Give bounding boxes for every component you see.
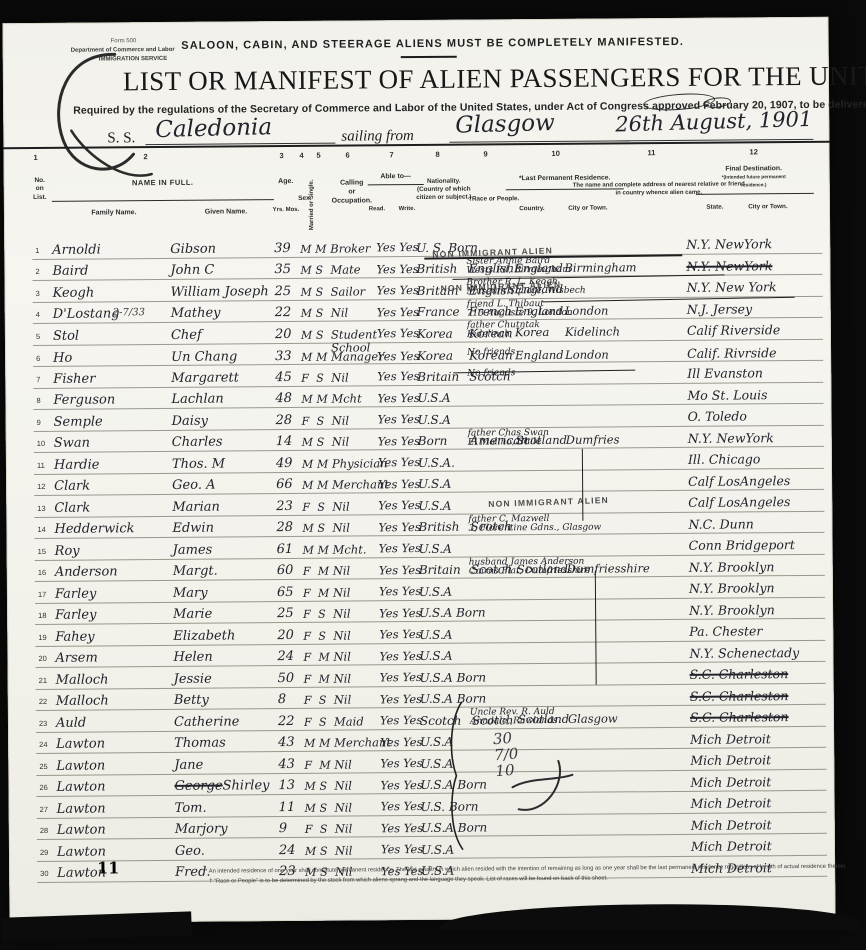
cell-given-name: Thomas bbox=[174, 734, 278, 752]
col-number-11: 11 bbox=[647, 148, 655, 157]
cell-race bbox=[472, 704, 518, 706]
cell-race bbox=[471, 554, 517, 556]
given-name-text: Geo. A bbox=[172, 478, 215, 493]
given-name-text: Un Chang bbox=[171, 349, 237, 365]
col-number-6: 6 bbox=[345, 151, 349, 160]
cell-nearest-relative bbox=[470, 695, 690, 697]
cell-family-name: Arnoldi bbox=[52, 242, 170, 258]
cell-read-write: Yes Yes bbox=[379, 651, 419, 665]
cell-family-name: Lawton bbox=[57, 801, 175, 817]
cell-given-name: Gibson bbox=[170, 240, 274, 258]
cell-married-single: M bbox=[319, 673, 334, 686]
port-name: Glasgow bbox=[455, 112, 555, 138]
footnote-race: † “Race or People” is to be determined b… bbox=[209, 875, 608, 888]
cell-married-single: M bbox=[317, 458, 332, 471]
cell-age: 9 bbox=[279, 822, 305, 837]
cell-final-destination: N.C. Dunn bbox=[688, 517, 824, 533]
header-name-in-full: NAME IN FULL. bbox=[52, 177, 274, 188]
cell-given-name: Helen bbox=[173, 648, 277, 666]
cell-final-destination: Calf LosAngeles bbox=[688, 474, 824, 490]
cell-city bbox=[568, 746, 620, 748]
cell-calling: Nil bbox=[334, 674, 380, 686]
cell-nearest-relative bbox=[469, 630, 689, 632]
cell-family-name: Clark bbox=[54, 500, 172, 516]
cell-family-name: Malloch bbox=[56, 694, 174, 710]
cell-calling: Nil bbox=[333, 610, 379, 622]
cell-nationality: U.S.A Born bbox=[420, 671, 472, 685]
cell-country bbox=[515, 403, 565, 405]
cell-nearest-relative bbox=[471, 845, 691, 847]
cell-line-number: 28 bbox=[37, 826, 57, 839]
cell-family-name: Lawton bbox=[56, 758, 174, 774]
cell-line-number: 23 bbox=[36, 718, 56, 731]
cell-given-name: Marian bbox=[172, 498, 276, 516]
cell-sex: M bbox=[304, 781, 319, 794]
cell-married-single: S bbox=[319, 695, 334, 708]
cell-given-name: Margarett bbox=[171, 369, 275, 387]
cell-sex: M bbox=[303, 544, 318, 557]
cell-sex: F bbox=[303, 630, 318, 643]
cell-married-single: M bbox=[318, 652, 333, 665]
cell-final-destination: Calif Riverside bbox=[687, 324, 823, 340]
cell-calling: Merchant bbox=[332, 481, 378, 493]
cell-given-name: Geo. A bbox=[172, 476, 276, 494]
cell-city bbox=[567, 553, 619, 555]
cell-country bbox=[519, 854, 569, 856]
cell-read-write: Yes Yes bbox=[380, 715, 420, 729]
cell-married-single: S bbox=[320, 845, 335, 858]
given-name-text: Mary bbox=[173, 585, 208, 600]
cell-married-single: S bbox=[316, 286, 331, 299]
header-race: †Race or People. bbox=[456, 195, 532, 204]
given-name-text: Tom. bbox=[175, 800, 207, 815]
name-header-rule bbox=[52, 199, 274, 202]
cell-city bbox=[568, 703, 620, 705]
cell-calling: Mate bbox=[330, 266, 376, 278]
cell-nationality: U.S.A bbox=[419, 650, 471, 664]
given-name-text: Edwin bbox=[172, 521, 214, 536]
cell-married-single: M bbox=[316, 352, 331, 365]
cell-city bbox=[568, 682, 620, 684]
cell-family-name: Farley bbox=[55, 586, 173, 602]
cell-family-name: Semple bbox=[54, 414, 172, 430]
cell-line-number: 21 bbox=[36, 675, 56, 688]
col-number-8: 8 bbox=[435, 150, 439, 159]
cell-final-destination: S.C. Charleston bbox=[690, 711, 826, 727]
cell-family-name: Hardie bbox=[54, 457, 172, 473]
cell-final-destination: Mo St. Louis bbox=[687, 388, 823, 404]
cell-nationality: U.S.A bbox=[418, 413, 470, 427]
cell-city bbox=[566, 424, 618, 426]
cell-married-single: S bbox=[316, 372, 331, 385]
cell-calling: Broker bbox=[330, 244, 376, 256]
cell-married-single: M bbox=[318, 544, 333, 557]
cell-calling: Nil bbox=[334, 760, 380, 772]
cell-nationality: U.S.A. bbox=[418, 456, 470, 470]
cell-nearest-relative: No friends bbox=[467, 347, 687, 358]
cell-city bbox=[565, 381, 617, 383]
cell-family-name: Farley bbox=[55, 608, 173, 624]
cell-read-write: Yes Yes bbox=[381, 822, 421, 836]
cell-given-name: Charles bbox=[172, 433, 276, 451]
cell-married-single: M bbox=[317, 480, 332, 493]
cell-given-name: Edwin bbox=[172, 519, 276, 537]
cell-nearest-relative bbox=[469, 587, 689, 589]
cell-age: 60 bbox=[277, 564, 303, 579]
cell-calling: Nil bbox=[335, 803, 381, 815]
cell-country bbox=[517, 639, 567, 641]
cell-married-single: S bbox=[319, 781, 334, 794]
cell-read-write: Yes Yes bbox=[379, 565, 419, 579]
cell-final-destination: N.Y. NewYork bbox=[686, 259, 822, 275]
cell-age: 28 bbox=[276, 413, 302, 428]
cell-final-destination: N.Y. Brooklyn bbox=[689, 582, 825, 598]
cell-age: 23 bbox=[276, 499, 302, 514]
cell-married-single: S bbox=[318, 630, 333, 643]
scan-blotch-bottom-right bbox=[440, 904, 860, 930]
manifest-notice: SALOON, CABIN, AND STEERAGE ALIENS MUST … bbox=[153, 36, 713, 52]
cell-age: 20 bbox=[277, 628, 303, 643]
cell-line-number: 14 bbox=[34, 525, 54, 538]
cell-city bbox=[567, 639, 619, 641]
cell-country bbox=[516, 510, 566, 512]
cell-sex: M bbox=[302, 458, 317, 471]
cell-race bbox=[469, 403, 515, 405]
given-name-text: Helen bbox=[173, 650, 212, 665]
cell-race bbox=[471, 597, 517, 599]
cell-final-destination: N.Y. Brooklyn bbox=[689, 560, 825, 576]
cell-given-name: Marie bbox=[173, 605, 277, 623]
header-country: Country. bbox=[510, 205, 554, 214]
notice-underline bbox=[401, 56, 457, 58]
cell-city bbox=[569, 854, 621, 856]
cell-final-destination: Mich Detroit bbox=[690, 754, 826, 770]
header-city-or-town: City or Town. bbox=[560, 204, 616, 213]
cell-read-write: Yes Yes bbox=[380, 758, 420, 772]
cell-read-write: Yes Yes bbox=[381, 844, 421, 858]
cell-sex: F bbox=[303, 587, 318, 600]
cell-read-write: Yes Yes bbox=[379, 543, 419, 557]
cell-married-single: S bbox=[315, 265, 330, 278]
cell-country bbox=[518, 682, 568, 684]
cell-nearest-relative bbox=[470, 673, 690, 675]
manifest-rows: 1 Arnoldi Gibson 39 M M Broker Yes Yes U… bbox=[32, 232, 827, 883]
cell-age: 13 bbox=[278, 779, 304, 794]
cell-city bbox=[564, 252, 616, 254]
cell-sex: M bbox=[302, 437, 317, 450]
cell-family-name: Fahey bbox=[55, 629, 173, 645]
cell-country bbox=[515, 381, 565, 383]
cell-line-number: 5 bbox=[33, 331, 53, 344]
cell-given-name: Tom. bbox=[175, 799, 279, 817]
cell-sex: M bbox=[305, 845, 320, 858]
given-name-text: Charles bbox=[172, 435, 223, 450]
cell-read-write: Yes Yes bbox=[379, 586, 419, 600]
cell-nearest-relative: father Chutntak Kidelinch bbox=[467, 320, 687, 340]
cell-line-number: 12 bbox=[34, 482, 54, 495]
cell-race bbox=[470, 489, 516, 491]
cell-final-destination: Mich Detroit bbox=[691, 818, 827, 834]
cell-sex: M bbox=[300, 265, 315, 278]
cell-nationality: Korea bbox=[417, 327, 469, 341]
cell-line-number: 16 bbox=[35, 568, 55, 581]
cell-calling: School Manager bbox=[331, 343, 377, 365]
cell-given-name: William Joseph bbox=[171, 283, 275, 301]
cell-age: 8 bbox=[278, 693, 304, 708]
cell-line-number: 11 bbox=[34, 460, 54, 473]
cell-calling: Nil bbox=[332, 524, 378, 536]
cell-line-number: 20 bbox=[35, 654, 55, 667]
cell-nearest-relative bbox=[469, 609, 689, 611]
cell-married-single: M bbox=[319, 759, 334, 772]
cell-family-name: Keogh bbox=[53, 285, 171, 301]
cell-given-name: Elizabeth bbox=[173, 627, 277, 645]
cell-city bbox=[566, 467, 618, 469]
cell-sex: M bbox=[302, 480, 317, 493]
given-name-text: Marjory bbox=[175, 822, 228, 837]
given-name-text: Elizabeth bbox=[173, 628, 235, 643]
cell-line-number: 9 bbox=[34, 417, 54, 430]
col-number-4: 4 bbox=[299, 151, 303, 160]
ss-label: S. S. bbox=[107, 130, 135, 147]
header-state: State. bbox=[698, 204, 732, 212]
cell-age: 35 bbox=[274, 263, 300, 278]
given-name-text: William Joseph bbox=[171, 284, 269, 300]
cell-given-name: Mathey bbox=[171, 304, 275, 322]
cell-calling: Physician bbox=[332, 459, 378, 471]
cell-age: 39 bbox=[274, 241, 300, 256]
cell-sex: F bbox=[303, 609, 318, 622]
cell-race bbox=[473, 855, 519, 857]
cell-calling: Nil bbox=[334, 696, 380, 708]
cell-country bbox=[518, 704, 568, 706]
cell-calling: Nil bbox=[333, 588, 379, 600]
cell-family-name: Anderson bbox=[55, 565, 173, 581]
cell-final-destination: Mich Detroit bbox=[691, 840, 827, 856]
cell-age: 25 bbox=[275, 284, 301, 299]
header-family-name: Family Name. bbox=[74, 208, 154, 218]
cell-nationality: Britain bbox=[419, 564, 471, 578]
cell-line-number: 29 bbox=[37, 847, 57, 860]
cell-race bbox=[470, 468, 516, 470]
cell-age: 43 bbox=[278, 736, 304, 751]
col-number-2: 2 bbox=[143, 152, 147, 161]
cell-family-name: Hedderwick bbox=[54, 522, 172, 538]
cell-sex: F bbox=[304, 695, 319, 708]
cell-read-write: Yes Yes bbox=[377, 371, 417, 385]
cell-given-name: John C bbox=[170, 261, 274, 279]
cell-line-number: 24 bbox=[36, 740, 56, 753]
cell-country bbox=[516, 489, 566, 491]
sailing-from-label: sailing from bbox=[341, 128, 414, 146]
cell-nationality: U.S.A Born bbox=[419, 607, 471, 621]
cell-read-write: Yes Yes bbox=[378, 479, 418, 493]
cell-family-name: Arsem bbox=[55, 651, 173, 667]
cell-final-destination: N.Y. NewYork bbox=[686, 238, 822, 254]
cell-nearest-relative bbox=[469, 544, 689, 546]
cell-married-single: S bbox=[317, 501, 332, 514]
cell-final-destination: N.Y. Schenectady bbox=[689, 646, 825, 662]
cell-line-number: 1 bbox=[32, 245, 52, 258]
page-title: LIST OR MANIFEST OF ALIEN PASSENGERS FOR… bbox=[123, 61, 823, 97]
cell-sex: F bbox=[304, 759, 319, 772]
final-destination-subtext: *(Intended future permanent residence.) bbox=[722, 175, 786, 189]
scanned-manifest-page: { "header": { "form_line1": "Form 500", … bbox=[0, 0, 866, 950]
cell-final-destination: Mich Detroit bbox=[691, 797, 827, 813]
cell-line-number: 4 bbox=[33, 310, 53, 323]
cell-given-name: James bbox=[173, 541, 277, 559]
cell-race bbox=[471, 618, 517, 620]
cell-line-number: 17 bbox=[35, 589, 55, 602]
cell-sex: F bbox=[302, 415, 317, 428]
cell-city bbox=[567, 596, 619, 598]
destination-header-rule bbox=[696, 193, 814, 195]
cell-age: 11 bbox=[279, 800, 305, 815]
given-name-text: Jane bbox=[174, 757, 203, 772]
cell-read-write: Yes Yes bbox=[378, 436, 418, 450]
cell-sex: M bbox=[301, 286, 316, 299]
col-number-7: 7 bbox=[389, 150, 393, 159]
cell-nearest-relative bbox=[471, 824, 691, 826]
cell-sex: M bbox=[305, 802, 320, 815]
cell-married-single: S bbox=[317, 523, 332, 536]
header-dest-city: City or Town. bbox=[738, 203, 798, 212]
cell-age: 14 bbox=[276, 435, 302, 450]
cell-family-name: Ferguson bbox=[53, 393, 171, 409]
col-number-3: 3 bbox=[279, 151, 283, 160]
cell-read-write: Yes Yes bbox=[378, 522, 418, 536]
cell-married-single: M bbox=[319, 738, 334, 751]
cell-married-single: S bbox=[320, 802, 335, 815]
cell-married-single: S bbox=[319, 716, 334, 729]
cell-nationality: U.S.A bbox=[417, 392, 469, 406]
cell-line-number: 22 bbox=[36, 697, 56, 710]
cell-read-write: Yes Yes bbox=[380, 694, 420, 708]
table-header: 1 2 3 4 5 6 7 8 9 10 11 12 No. on List. … bbox=[3, 141, 830, 240]
cell-age: 25 bbox=[277, 607, 303, 622]
cell-nationality: U.S.A bbox=[419, 585, 471, 599]
cell-calling: Mcht. bbox=[333, 545, 379, 557]
cell-married-single: S bbox=[318, 609, 333, 622]
given-name-text: Chef bbox=[171, 327, 202, 342]
cell-sex: F bbox=[304, 673, 319, 686]
cell-country bbox=[516, 424, 566, 426]
cell-calling: Nil bbox=[332, 416, 378, 428]
cell-sex: F bbox=[305, 824, 320, 837]
col-number-5: 5 bbox=[316, 151, 320, 160]
cell-family-name: Stol bbox=[53, 328, 171, 344]
cell-final-destination: S.C. Charleston bbox=[690, 668, 826, 684]
cell-sex: M bbox=[302, 523, 317, 536]
cell-country bbox=[517, 596, 567, 598]
given-name-text: Margt. bbox=[173, 564, 218, 579]
cell-line-number: 8 bbox=[33, 396, 53, 409]
cell-calling: Nil bbox=[331, 373, 377, 385]
cell-family-name: Lawton bbox=[56, 737, 174, 753]
cell-nationality: U.S.A bbox=[418, 478, 470, 492]
header-married-single: Married or Single. bbox=[309, 175, 317, 235]
manifest-sheet: Form 500 Department of Commerce and Labo… bbox=[2, 17, 835, 923]
cell-given-name: Marjory bbox=[175, 820, 279, 838]
cell-married-single: S bbox=[317, 437, 332, 450]
cell-line-number: 7 bbox=[33, 374, 53, 387]
cell-age: 43 bbox=[278, 757, 304, 772]
cell-race bbox=[470, 425, 516, 427]
cell-nearest-relative: Uncle Rev. R. Auld Anndale, Rawlands bbox=[470, 707, 690, 727]
cell-read-write: Yes Yes bbox=[378, 457, 418, 471]
cell-read-write: Yes Yes bbox=[377, 328, 417, 342]
cell-family-name: Baird bbox=[52, 264, 170, 280]
cell-sex: F bbox=[302, 501, 317, 514]
col-number-9: 9 bbox=[483, 149, 487, 158]
cell-married-single: M bbox=[318, 587, 333, 600]
cell-read-write: Yes Yes bbox=[377, 285, 417, 299]
cell-calling: Sailor bbox=[331, 287, 377, 299]
cell-age: 24 bbox=[279, 843, 305, 858]
cell-final-destination: N.Y. New York bbox=[687, 281, 823, 297]
cell-line-number: 6 bbox=[33, 354, 53, 367]
cell-married-single: M bbox=[318, 566, 333, 579]
ship-name: Caledonia bbox=[155, 116, 272, 142]
cell-final-destination: Pa. Chester bbox=[689, 625, 825, 641]
cell-calling: Nil bbox=[335, 846, 381, 858]
cell-married-single: M bbox=[316, 394, 331, 407]
cell-nationality: France bbox=[417, 306, 469, 320]
cell-final-destination: Ill Evanston bbox=[687, 367, 823, 383]
cell-line-number: 15 bbox=[35, 546, 55, 559]
cell-sex: F bbox=[303, 652, 318, 665]
given-name-text: Betty bbox=[174, 693, 209, 708]
given-name-text: Gibson bbox=[170, 241, 216, 256]
given-name-text: Jessie bbox=[174, 671, 212, 686]
cell-line-number: 25 bbox=[36, 761, 56, 774]
header-write: Write. bbox=[392, 206, 422, 214]
header-yrs-mos: Yrs. Mos. bbox=[260, 207, 312, 215]
col-number-10: 10 bbox=[551, 149, 559, 158]
cell-line-number: 18 bbox=[35, 611, 55, 624]
cell-read-write: Yes Yes bbox=[377, 351, 417, 365]
cell-given-name: Betty bbox=[174, 691, 278, 709]
col-number-1: 1 bbox=[33, 153, 37, 162]
cell-final-destination: Conn Bridgeport bbox=[689, 539, 825, 555]
cell-read-write: Yes Yes bbox=[376, 264, 416, 278]
header-no-on-list: No. on List. bbox=[28, 177, 52, 203]
cell-city bbox=[566, 510, 618, 512]
cell-family-name: Auld bbox=[56, 715, 174, 731]
cell-calling: Merchant bbox=[334, 739, 380, 751]
cell-read-write: Yes Yes bbox=[376, 242, 416, 256]
cell-nearest-relative: No friends bbox=[467, 368, 687, 379]
cell-nearest-relative bbox=[467, 394, 687, 396]
cell-age: 49 bbox=[276, 456, 302, 471]
cell-race bbox=[471, 640, 517, 642]
given-name-text: Geo. bbox=[175, 843, 205, 858]
cell-nationality: British bbox=[418, 521, 470, 535]
cell-read-write: Yes Yes bbox=[380, 779, 420, 793]
cell-read-write: Yes Yes bbox=[381, 801, 421, 815]
given-name-text: Marian bbox=[172, 499, 220, 514]
cell-sex: M bbox=[301, 329, 316, 342]
cell-calling: Nil bbox=[334, 782, 380, 794]
cell-country bbox=[518, 661, 568, 663]
cell-nationality: British bbox=[416, 263, 468, 277]
cell-sex: M bbox=[301, 394, 316, 407]
cell-country bbox=[516, 467, 566, 469]
given-name-text: John C bbox=[170, 263, 214, 278]
cell-given-name: Catherine bbox=[174, 713, 278, 731]
cell-nearest-relative bbox=[471, 802, 691, 804]
given-name-text: Margarett bbox=[171, 370, 239, 386]
